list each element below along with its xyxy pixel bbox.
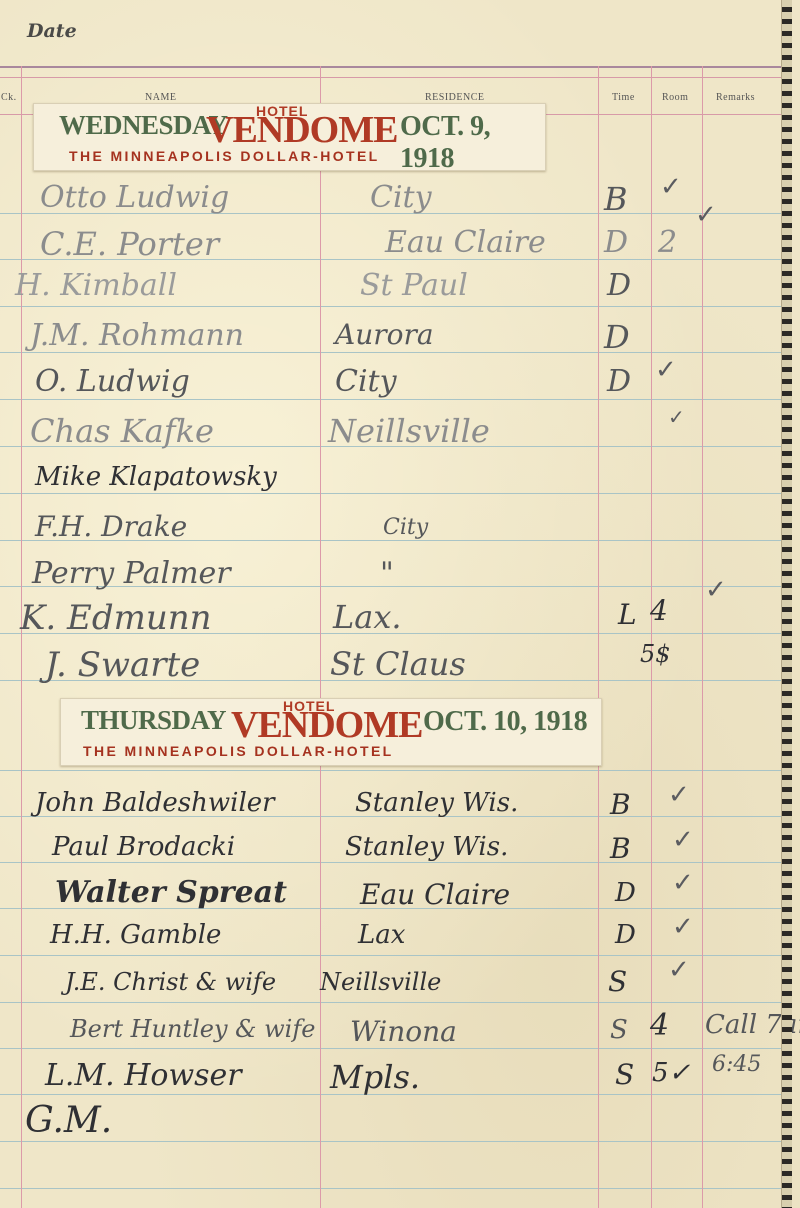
entry-name: H. Kimball (15, 268, 177, 303)
check-icon: ✓ (705, 575, 727, 605)
entry-residence: Neillsville (328, 412, 490, 450)
entry-residence: St Paul (360, 268, 468, 303)
entry-name: K. Edmunn (20, 598, 212, 638)
ruled-line (0, 1188, 792, 1189)
entry-room: 4 (650, 594, 668, 627)
banner-date: OCT. 10, 1918 (423, 706, 587, 738)
column-rule-time (598, 66, 599, 1208)
book-binding-edge (781, 0, 792, 1208)
ruled-line (0, 493, 792, 494)
entry-name: Bert Huntley & wife (70, 1015, 315, 1043)
entry-name: Walter Spreat (55, 875, 287, 910)
column-header-time: Time (612, 92, 635, 103)
entry-name: John Baldeshwiler (35, 788, 275, 818)
banner-day: WEDNESDAY (59, 110, 228, 141)
entry-residence: Aurora (335, 318, 434, 351)
column-header-remarks: Remarks (716, 92, 755, 103)
header-rule (0, 77, 792, 78)
entry-name: Chas Kafke (30, 412, 214, 450)
banner-hotel-name: VENDOME (231, 706, 422, 744)
ruled-line (0, 1002, 792, 1003)
ruled-line (0, 862, 792, 863)
entry-residence: Lax. (333, 598, 402, 636)
entry-residence: Lax (358, 920, 405, 950)
date-banner-wednesday: WEDNESDAY HOTEL VENDOME OCT. 9, 1918 THE… (33, 103, 546, 171)
entry-time: B (610, 832, 631, 865)
entry-residence: Mpls. (330, 1058, 420, 1096)
column-rule-remarks (702, 66, 703, 1208)
header-rule-top (0, 66, 792, 68)
column-rule-residence (320, 66, 321, 1208)
check-icon: ✓ (672, 825, 694, 855)
check-icon: ✓ (668, 405, 685, 429)
banner-tagline: THE MINNEAPOLIS DOLLAR-HOTEL (69, 148, 380, 164)
entry-time: S (608, 965, 627, 998)
entry-time: D (604, 318, 630, 356)
entry-time: B (610, 788, 631, 821)
ruled-line (0, 1048, 792, 1049)
entry-name: J.M. Rohmann (30, 318, 244, 353)
entry-name: L.M. Howser (45, 1058, 242, 1093)
entry-residence: St Claus (330, 645, 466, 683)
entry-residence: City (370, 180, 432, 215)
entry-name: Perry Palmer (32, 556, 231, 591)
entry-residence: " (380, 556, 394, 591)
check-icon: ✓ (672, 868, 694, 898)
entry-residence: Eau Claire (360, 878, 510, 911)
entry-time: D (607, 364, 631, 399)
entry-time: S (610, 1015, 628, 1045)
entry-residence: City (383, 515, 428, 540)
entry-time: S (615, 1058, 634, 1091)
entry-remarks: 6:45 (712, 1052, 761, 1077)
ruled-line (0, 770, 792, 771)
entry-name: Otto Ludwig (40, 180, 229, 215)
entry-name: H.H. Gamble (50, 920, 221, 950)
footer-initials: G.M. (25, 1100, 112, 1141)
entry-residence: Stanley Wis. (355, 788, 518, 818)
entry-name: Paul Brodacki (52, 832, 235, 862)
entry-time: L (618, 598, 637, 631)
column-header-ck: Ck. (1, 92, 17, 103)
entry-residence: Eau Claire (385, 225, 546, 260)
entry-time: B (604, 180, 628, 218)
entry-residence: Neillsville (320, 968, 441, 996)
entry-room: 5✓ (652, 1058, 690, 1088)
entry-time: D (615, 878, 636, 908)
banner-hotel-name: VENDOME (206, 111, 397, 149)
column-header-residence: RESIDENCE (425, 92, 485, 103)
entry-name: F.H. Drake (35, 510, 187, 543)
entry-residence: Winona (350, 1015, 457, 1048)
check-icon: ✓ (660, 172, 682, 202)
entry-name: J. Swarte (45, 645, 200, 685)
check-icon: ✓ (668, 780, 690, 810)
entry-time: D (607, 268, 631, 303)
entry-room: 2 (658, 225, 677, 260)
date-label: Date (27, 20, 77, 42)
check-icon: ✓ (655, 355, 677, 385)
date-banner-thursday: THURSDAY HOTEL VENDOME OCT. 10, 1918 THE… (60, 698, 602, 766)
ruled-line (0, 399, 792, 400)
entry-name: C.E. Porter (40, 225, 219, 263)
banner-tagline: THE MINNEAPOLIS DOLLAR-HOTEL (83, 743, 394, 759)
ruled-line (0, 306, 792, 307)
entry-residence: City (335, 364, 397, 399)
check-icon: ✓ (695, 200, 717, 230)
check-icon: ✓ (672, 912, 694, 942)
ruled-line (0, 1141, 792, 1142)
entry-name: O. Ludwig (35, 364, 190, 399)
entry-room: 4 (650, 1008, 669, 1043)
entry-time: D (604, 225, 628, 260)
entry-room: 5$ (640, 640, 671, 668)
entry-time: D (615, 920, 636, 950)
entry-name: J.E. Christ & wife (65, 968, 276, 996)
column-header-name: NAME (145, 92, 176, 103)
hotel-register-page: Date Ck. NAME RESIDENCE Time Room Remark… (0, 0, 792, 1208)
banner-day: THURSDAY (81, 705, 226, 736)
banner-date: OCT. 9, 1918 (400, 111, 545, 175)
entry-residence: Stanley Wis. (345, 832, 508, 862)
column-header-room: Room (662, 92, 688, 103)
entry-name: Mike Klapatowsky (35, 462, 277, 492)
check-icon: ✓ (668, 955, 690, 985)
